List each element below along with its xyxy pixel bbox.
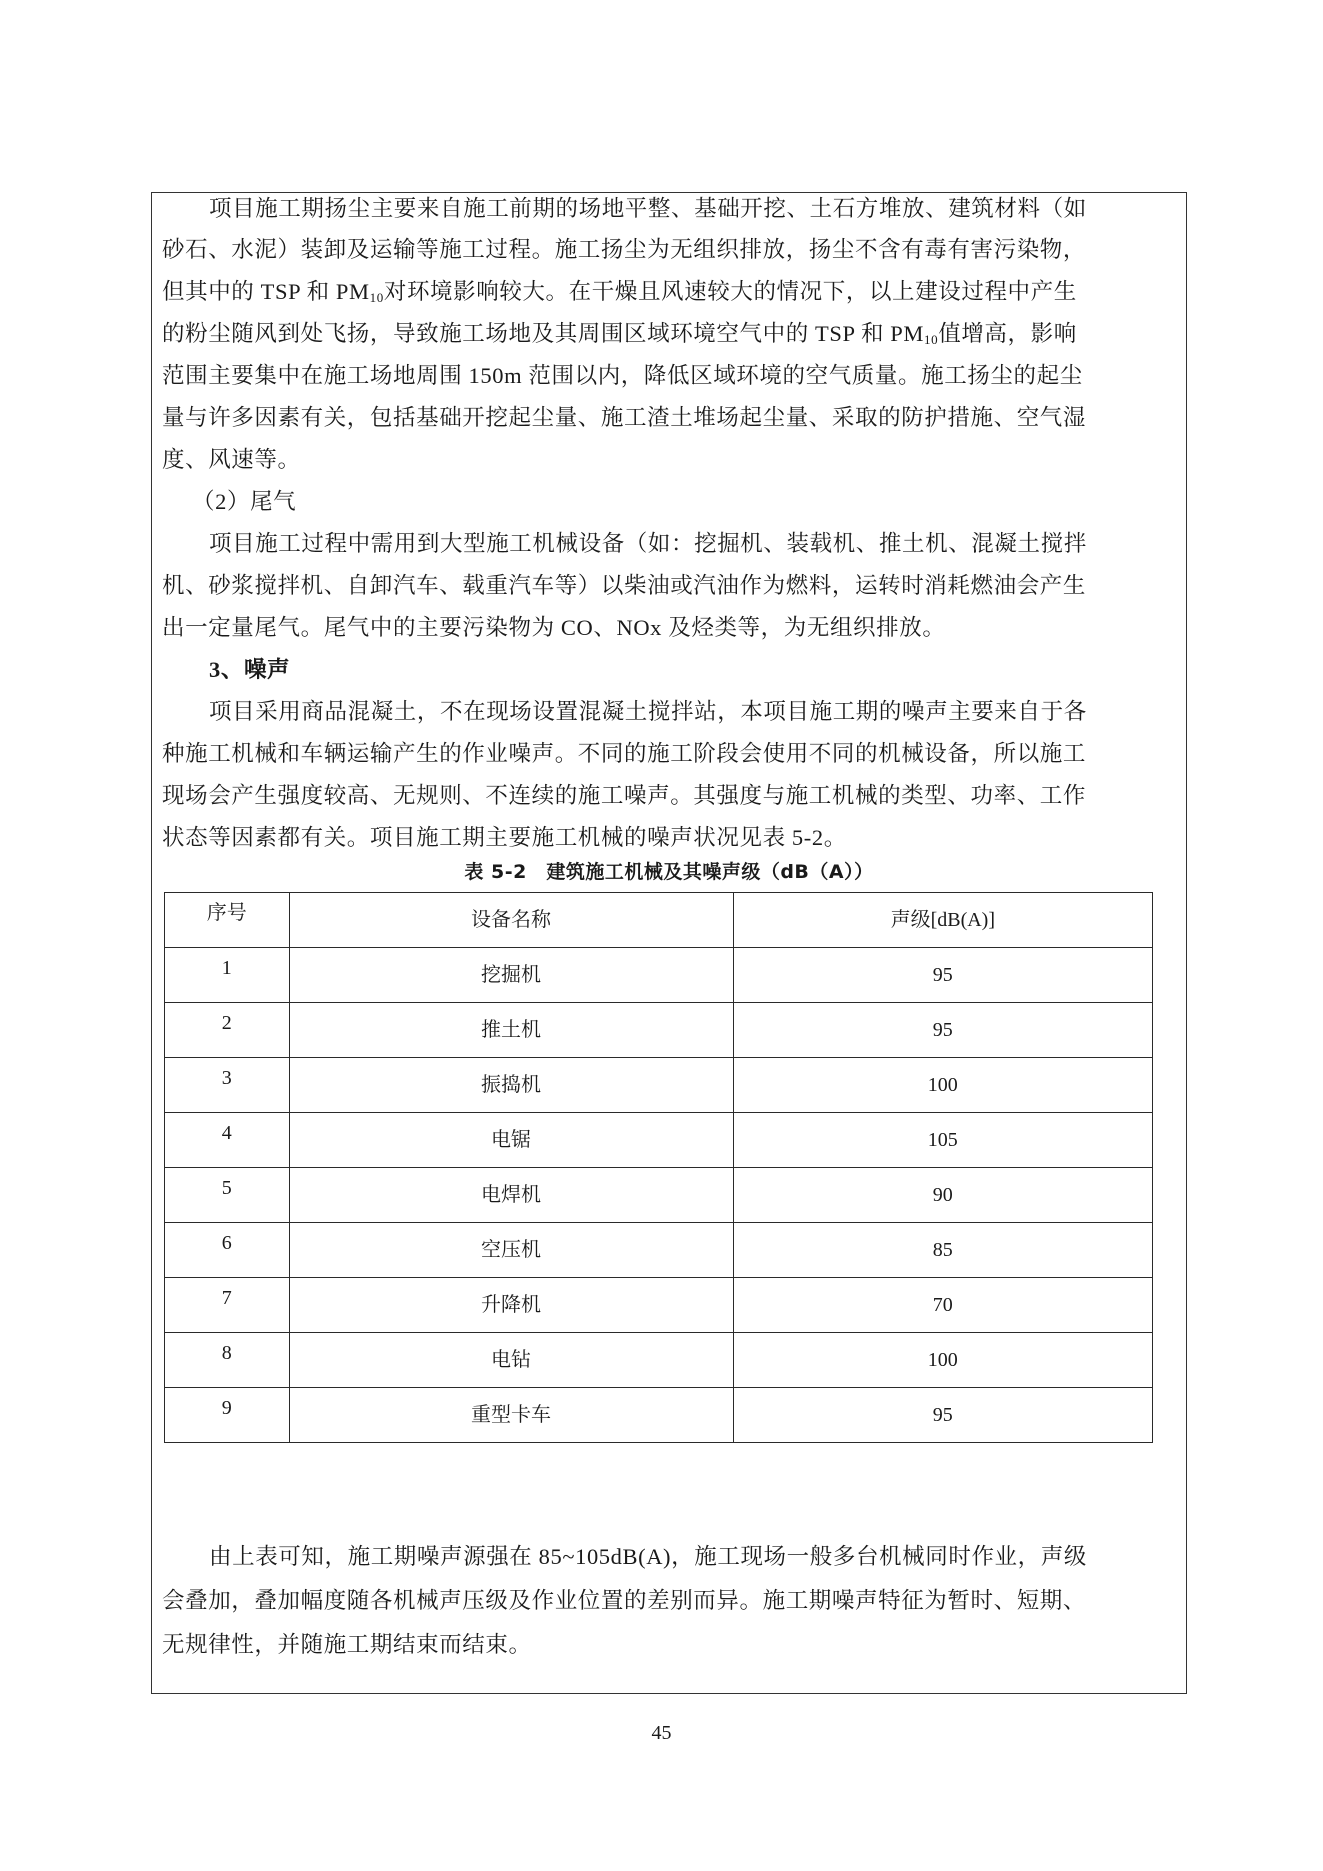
paragraph-noise-line-4: 状态等因素都有关。项目施工期主要施工机械的噪声状况见表 5-2。 [162,820,847,852]
table-row: 6空压机85 [165,1223,1153,1278]
cell-index: 7 [165,1278,290,1333]
paragraph-exhaust-line-2: 机、砂浆搅拌机、自卸汽车、载重汽车等）以柴油或汽油作为燃料，运转时消耗燃油会产生 [162,568,1086,600]
paragraph-dust-line-1: 项目施工期扬尘主要来自施工前期的场地平整、基础开挖、土石方堆放、建筑材料（如 [209,191,1087,223]
cell-equipment: 电锯 [289,1113,733,1168]
paragraph-dust-line-6: 量与许多因素有关，包括基础开挖起尘量、施工渣土堆场起尘量、采取的防护措施、空气湿 [162,400,1086,432]
cell-equipment: 电焊机 [289,1168,733,1223]
header-equipment-name: 设备名称 [289,893,733,948]
cell-equipment: 电钻 [289,1333,733,1388]
paragraph-noise-line-2: 种施工机械和车辆运输产生的作业噪声。不同的施工阶段会使用不同的机械设备，所以施工 [162,736,1086,768]
cell-level: 105 [733,1113,1152,1168]
paragraph-summary-line-1: 由上表可知，施工期噪声源强在 85~105dB(A)，施工现场一般多台机械同时作… [209,1539,1087,1571]
content-frame: 项目施工期扬尘主要来自施工前期的场地平整、基础开挖、土石方堆放、建筑材料（如 砂… [151,192,1187,1694]
cell-level: 95 [733,948,1152,1003]
cell-index: 3 [165,1058,290,1113]
cell-index: 8 [165,1333,290,1388]
header-index: 序号 [165,893,290,948]
cell-equipment: 空压机 [289,1223,733,1278]
table-row: 8电钻100 [165,1333,1153,1388]
paragraph-summary-line-3: 无规律性，并随施工期结束而结束。 [162,1627,532,1659]
table-row: 4电锯105 [165,1113,1153,1168]
paragraph-noise-line-3: 现场会产生强度较高、无规则、不连续的施工噪声。其强度与施工机械的类型、功率、工作 [162,778,1086,810]
paragraph-dust-line-4: 的粉尘随风到处飞扬，导致施工场地及其周围区域环境空气中的 TSP 和 PM10值… [162,316,1077,348]
noise-level-table: 序号 设备名称 声级[dB(A)] 1挖掘机95 2推土机95 3振捣机100 … [164,892,1153,1443]
paragraph-dust-line-2: 砂石、水泥）装卸及运输等施工过程。施工扬尘为无组织排放，扬尘不含有毒有害污染物， [162,232,1086,264]
table-row: 1挖掘机95 [165,948,1153,1003]
text-segment: 但其中的 TSP 和 PM [162,279,370,304]
cell-level: 85 [733,1223,1152,1278]
cell-level: 95 [733,1003,1152,1058]
cell-index: 1 [165,948,290,1003]
cell-level: 90 [733,1168,1152,1223]
text-segment: 值增高，影响 [938,321,1077,346]
cell-level: 70 [733,1278,1152,1333]
subscript: 10 [924,332,938,347]
page-number: 45 [0,1722,1323,1745]
cell-level: 95 [733,1388,1152,1443]
cell-index: 2 [165,1003,290,1058]
paragraph-summary-line-2: 会叠加，叠加幅度随各机械声压级及作业位置的差别而异。施工期噪声特征为暂时、短期、 [162,1583,1086,1615]
table-caption: 表 5-2 建筑施工机械及其噪声级（dB（A）） [152,857,1186,884]
table-row: 9重型卡车95 [165,1388,1153,1443]
cell-index: 5 [165,1168,290,1223]
paragraph-exhaust-line-3: 出一定量尾气。尾气中的主要污染物为 CO、NOx 及烃类等，为无组织排放。 [162,610,945,642]
paragraph-dust-line-3: 但其中的 TSP 和 PM10对环境影响较大。在干燥且风速较大的情况下，以上建设… [162,274,1077,306]
cell-equipment: 升降机 [289,1278,733,1333]
cell-index: 9 [165,1388,290,1443]
subheading-exhaust: （2）尾气 [192,484,296,516]
cell-equipment: 推土机 [289,1003,733,1058]
cell-level: 100 [733,1058,1152,1113]
table-row: 3振捣机100 [165,1058,1153,1113]
table-row: 7升降机70 [165,1278,1153,1333]
subscript: 10 [370,290,384,305]
table-row: 2推土机95 [165,1003,1153,1058]
cell-index: 4 [165,1113,290,1168]
header-sound-level: 声级[dB(A)] [733,893,1152,948]
paragraph-dust-line-7: 度、风速等。 [162,442,301,474]
table-row: 5电焊机90 [165,1168,1153,1223]
cell-index: 6 [165,1223,290,1278]
paragraph-noise-line-1: 项目采用商品混凝土，不在现场设置混凝土搅拌站，本项目施工期的噪声主要来自于各 [209,694,1087,726]
cell-equipment: 振捣机 [289,1058,733,1113]
cell-equipment: 重型卡车 [289,1388,733,1443]
paragraph-exhaust-line-1: 项目施工过程中需用到大型施工机械设备（如：挖掘机、装载机、推土机、混凝土搅拌 [209,526,1087,558]
paragraph-dust-line-5: 范围主要集中在施工场地周围 150m 范围以内，降低区域环境的空气质量。施工扬尘… [162,358,1083,390]
cell-level: 100 [733,1333,1152,1388]
text-segment: 的粉尘随风到处飞扬，导致施工场地及其周围区域环境空气中的 TSP 和 PM [162,321,924,346]
cell-equipment: 挖掘机 [289,948,733,1003]
table-header-row: 序号 设备名称 声级[dB(A)] [165,893,1153,948]
heading-noise: 3、噪声 [209,652,290,684]
text-segment: 对环境影响较大。在干燥且风速较大的情况下，以上建设过程中产生 [384,279,1077,304]
